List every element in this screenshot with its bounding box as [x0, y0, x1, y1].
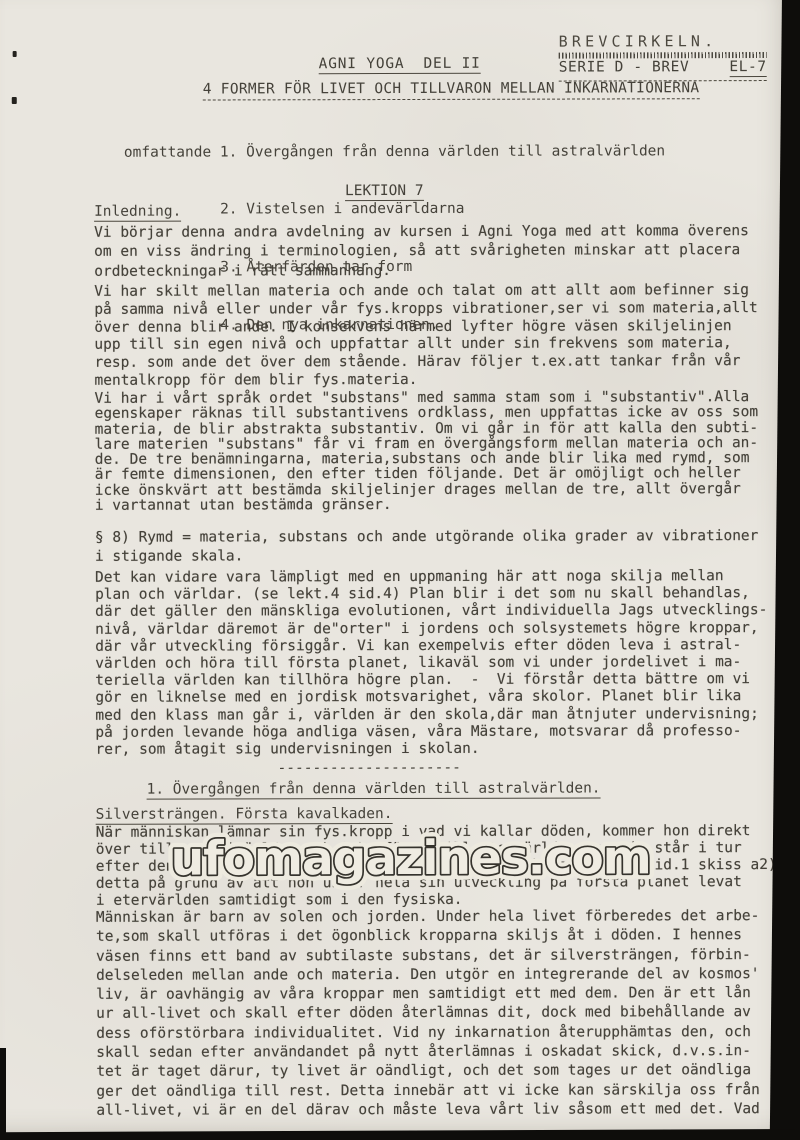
scan-edge-left — [0, 1048, 6, 1140]
lesson-heading-text: LEKTION 7 — [345, 183, 424, 201]
list-item: omfattande 1. Övergången från denna värl… — [124, 142, 665, 163]
series-label: SERIE D - BREV — [559, 59, 690, 77]
course-title: AGNI YOGA DEL II — [319, 56, 481, 72]
lesson-heading: LEKTION 7 — [345, 183, 424, 199]
dashed-divider: --------------------- — [277, 760, 460, 776]
intro-heading-text: Inledning. — [94, 204, 181, 222]
list-item: 2. Vistelsen i andevärldarna — [124, 200, 665, 221]
page-title-text: 4 FORMER FÖR LIVET OCH TILLVARON MELLAN … — [203, 80, 700, 100]
paragraph: Det kan vidare vara lämpligt med en uppm… — [95, 568, 785, 759]
paragraph: Vi har i vårt språk ordet "substans" med… — [95, 390, 785, 514]
list-item-text: 1. Övergången från denna världen till as… — [220, 142, 665, 162]
section-heading-text: 1. Övergången från denna världen till as… — [147, 780, 601, 799]
ink-speck — [12, 97, 17, 104]
paragraph: Vi börjar denna andra avdelning av kurse… — [94, 222, 784, 282]
series-line: SERIE D - BREV EL-7 — [559, 59, 767, 82]
paragraph-rule-8: § 8) Rymd = materia, substans och ande u… — [95, 527, 785, 567]
ink-speck — [13, 51, 17, 57]
paragraph: Människan är barn av solen och jorden. U… — [96, 907, 787, 1121]
subsection-heading: Silversträngen. Första kavalkaden. — [96, 806, 393, 823]
page-content: AGNI YOGA DEL II BREVCIRKELN. SERIE D - … — [0, 0, 800, 1140]
intro-heading: Inledning. — [94, 204, 181, 220]
letter-circle-header: BREVCIRKELN. SERIE D - BREV EL-7 — [559, 32, 775, 82]
paragraph: Vi har skilt mellan materia och ande och… — [94, 282, 784, 391]
series-name: BREVCIRKELN. — [559, 32, 775, 51]
paragraph: När människan lämnar sin fys.kropp i vad… — [96, 823, 786, 910]
page-title: 4 FORMER FÖR LIVET OCH TILLVARON MELLAN … — [203, 80, 700, 97]
list-prefix: omfattande — [124, 143, 220, 163]
course-title-text: AGNI YOGA DEL II — [319, 56, 481, 74]
list-item-text: 2. Vistelsen i andevärldarna — [220, 200, 464, 220]
section-heading: 1. Övergången från denna världen till as… — [147, 780, 601, 797]
hatch-rule — [559, 52, 767, 59]
subsection-heading-text: Silversträngen. Första kavalkaden. — [96, 806, 393, 825]
scanned-page: AGNI YOGA DEL II BREVCIRKELN. SERIE D - … — [0, 0, 800, 1140]
series-code: EL-7 — [729, 59, 766, 77]
